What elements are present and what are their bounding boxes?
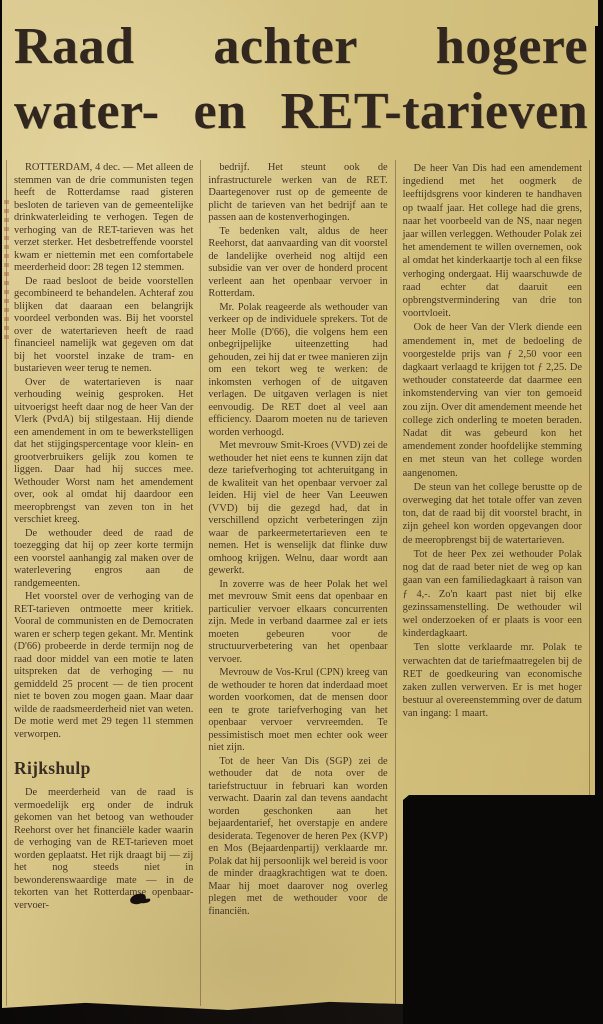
article-headline: Raad achter hogere water- en RET-tarieve… xyxy=(2,0,598,144)
paper-edge-marks xyxy=(4,200,9,340)
body-paragraph: Met mevrouw Smit-Kroes (VVD) zei de weth… xyxy=(208,440,387,578)
body-paragraph: Tot de heer Van Dis (SGP) zei de wethoud… xyxy=(208,756,387,919)
body-paragraph: Te bedenken valt, aldus de heer Reehorst… xyxy=(208,226,387,301)
headline-line-2: water- en RET-tarieven xyxy=(14,79,588,144)
body-paragraph: ROTTERDAM, 4 dec. — Met alleen de stemme… xyxy=(14,162,193,275)
body-paragraph: Tot de heer Pex zei wethouder Polak nog … xyxy=(403,548,582,640)
torn-away-corner xyxy=(403,795,603,1024)
body-paragraph: Mr. Polak reageerde als wethouder van ve… xyxy=(208,302,387,440)
body-paragraph: De meerderheid van de raad is vermoedeli… xyxy=(14,787,193,912)
body-paragraph: De steun van het college berustte op de … xyxy=(403,481,582,547)
body-paragraph: Over de watertarieven is naar verhouding… xyxy=(14,377,193,527)
body-paragraph: In zoverre was de heer Polak het wel met… xyxy=(208,579,387,667)
body-paragraph: Mevrouw de Vos-Krul (CPN) kreeg van de w… xyxy=(208,667,387,755)
headline-line-1: Raad achter hogere xyxy=(14,14,588,79)
body-paragraph: Ook de heer Van der Vlerk diende een ame… xyxy=(403,321,582,479)
page-background: Raad achter hogere water- en RET-tarieve… xyxy=(0,0,603,1024)
article-column-1: ROTTERDAM, 4 dec. — Met alleen de stemme… xyxy=(6,160,200,1006)
body-paragraph: De heer Van Dis had een amendement inged… xyxy=(403,162,582,320)
scan-background-edge xyxy=(595,26,603,1024)
body-paragraph: Ten slotte verklaarde mr. Polak te verwa… xyxy=(403,641,582,720)
body-paragraph: bedrijf. Het steunt ook de infrastructur… xyxy=(208,162,387,225)
body-paragraph: De raad besloot de beide voorstellen gec… xyxy=(14,276,193,376)
section-subheading: Rijkshulp xyxy=(14,758,193,778)
article-column-2: bedrijf. Het steunt ook de infrastructur… xyxy=(200,160,394,1006)
body-paragraph: De wethouder deed de raad de toezegging … xyxy=(14,528,193,591)
body-paragraph: Het voorstel over de verhoging van de RE… xyxy=(14,591,193,741)
